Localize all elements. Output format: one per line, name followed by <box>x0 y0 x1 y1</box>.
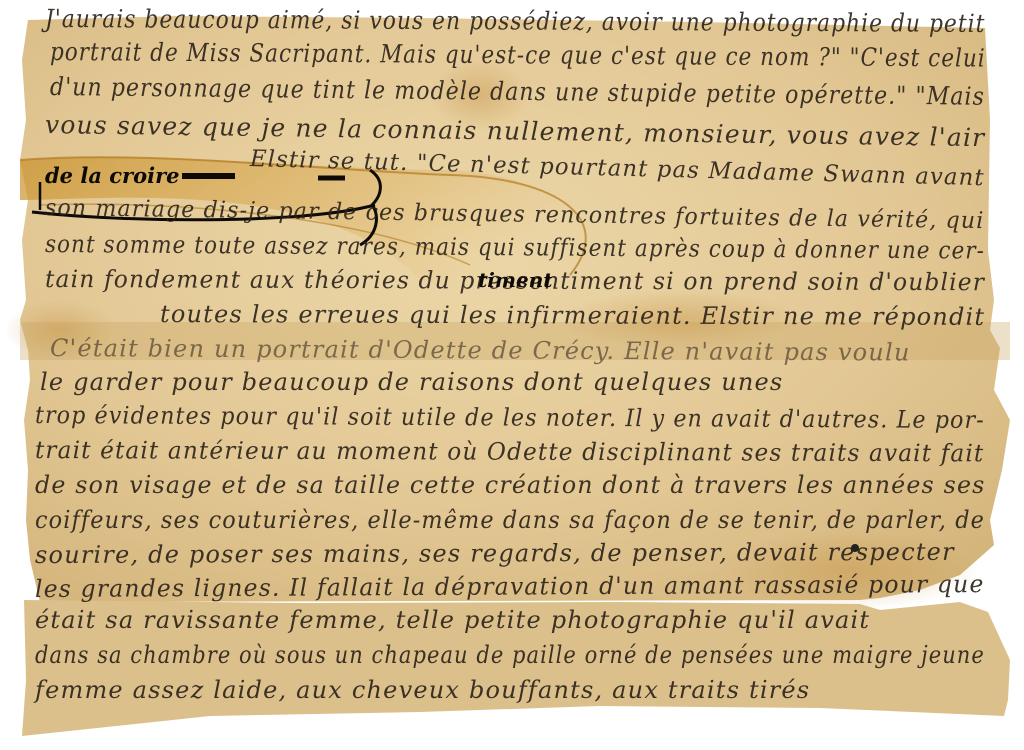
manuscript-line: était sa ravissante femme, telle petite … <box>35 606 870 634</box>
manuscript-text: J'aurais beaucoup aimé, si vous en possé… <box>0 0 1024 750</box>
manuscript-line: sourire, de poser ses mains, ses regards… <box>35 538 955 569</box>
manuscript-line: dans sa chambre où sous un chapeau de pa… <box>35 641 985 669</box>
manuscript-line: J'aurais beaucoup aimé, si vous en possé… <box>45 4 986 38</box>
manuscript-line: femme assez laide, aux cheveux bouffants… <box>35 676 810 704</box>
interlinear-addition: de la croire <box>45 163 180 188</box>
manuscript-line: portrait de Miss Sacripant. Mais qu'est-… <box>50 37 986 73</box>
manuscript-line: C'était bien un portrait d'Odette de Cré… <box>50 334 911 367</box>
manuscript-line: Elstir se tut. "Ce n'est pourtant pas Ma… <box>250 146 985 191</box>
manuscript-line: trait était antérieur au moment où Odett… <box>35 436 985 467</box>
manuscript-line: vous savez que je ne la connais nullemen… <box>45 110 986 152</box>
manuscript-line: d'un personnage que tint le modèle dans … <box>50 72 985 111</box>
manuscript-line: trop évidentes pour qu'il soit utile de … <box>35 401 985 434</box>
manuscript-line: son mariage dis-je par de ces brusques r… <box>45 195 985 234</box>
manuscript-line: le garder pour beaucoup de raisons dont … <box>40 368 783 396</box>
interlinear-addition: timent <box>478 268 553 292</box>
manuscript-line: sont somme toute assez rares, mais qui s… <box>45 230 985 265</box>
manuscript-line: de son visage et de sa taille cette créa… <box>35 471 985 499</box>
manuscript-line: coiffeurs, ses couturières, elle-même da… <box>35 506 985 534</box>
manuscript-page: J'aurais beaucoup aimé, si vous en possé… <box>0 0 1024 750</box>
manuscript-line: les grandes lignes. Il fallait la déprav… <box>35 570 985 603</box>
manuscript-line: toutes les erreues qui les infirmeraient… <box>160 300 985 331</box>
